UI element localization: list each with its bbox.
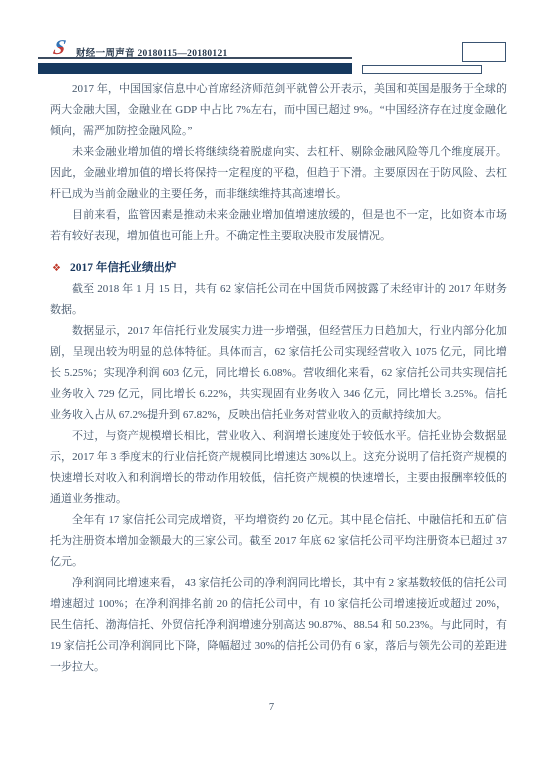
paragraph: 目前来看，监管因素是推动未来金融业增加值增速放缓的，但是也不一定，比如资本市场若… [50,205,507,247]
section-heading: ❖ 2017 年信托业绩出炉 [50,258,507,279]
paragraph: 不过，与资产规模增长相比，营业收入、利润增长速度处于较低水平。信托业协会数据显示… [50,426,507,510]
paragraph: 全年有 17 家信托公司完成增资，平均增资约 20 亿元。其中昆仑信托、中融信托… [50,510,507,573]
brand-s-logo-icon: S S [51,36,71,58]
header-deco-box-bottom [362,65,482,74]
document-page: S S 财经一周声音 20180115—20180121 2017 年，中国国家… [0,0,543,768]
paragraph: 截至 2018 年 1 月 15 日，共有 62 家信托公司在中国货币网披露了未… [50,279,507,321]
paragraph: 净利润同比增速来看， 43 家信托公司的净利润同比增长，其中有 2 家基数较低的… [50,573,507,678]
paragraph: 数据显示，2017 年信托行业发展实力进一步增强，但经营压力日趋加大，行业内部分… [50,321,507,426]
page-number: 7 [0,702,543,713]
header-rule [38,57,352,59]
diamond-bullet-icon: ❖ [52,258,61,279]
section-heading-text: 2017 年信托业绩出炉 [70,258,176,279]
header-deco-box-top [462,42,506,62]
paragraph: 未来金融业增加值的增长将继续绕着脱虚向实、去杠杆、剔除金融风险等几个维度展开。因… [50,142,507,205]
paragraph: 2017 年，中国国家信息中心首席经济师范剑平就曾公开表示，美国和英国是服务于全… [50,79,507,142]
header-navy-bar [38,63,352,74]
document-body: 2017 年，中国国家信息中心首席经济师范剑平就曾公开表示，美国和英国是服务于全… [50,79,507,678]
